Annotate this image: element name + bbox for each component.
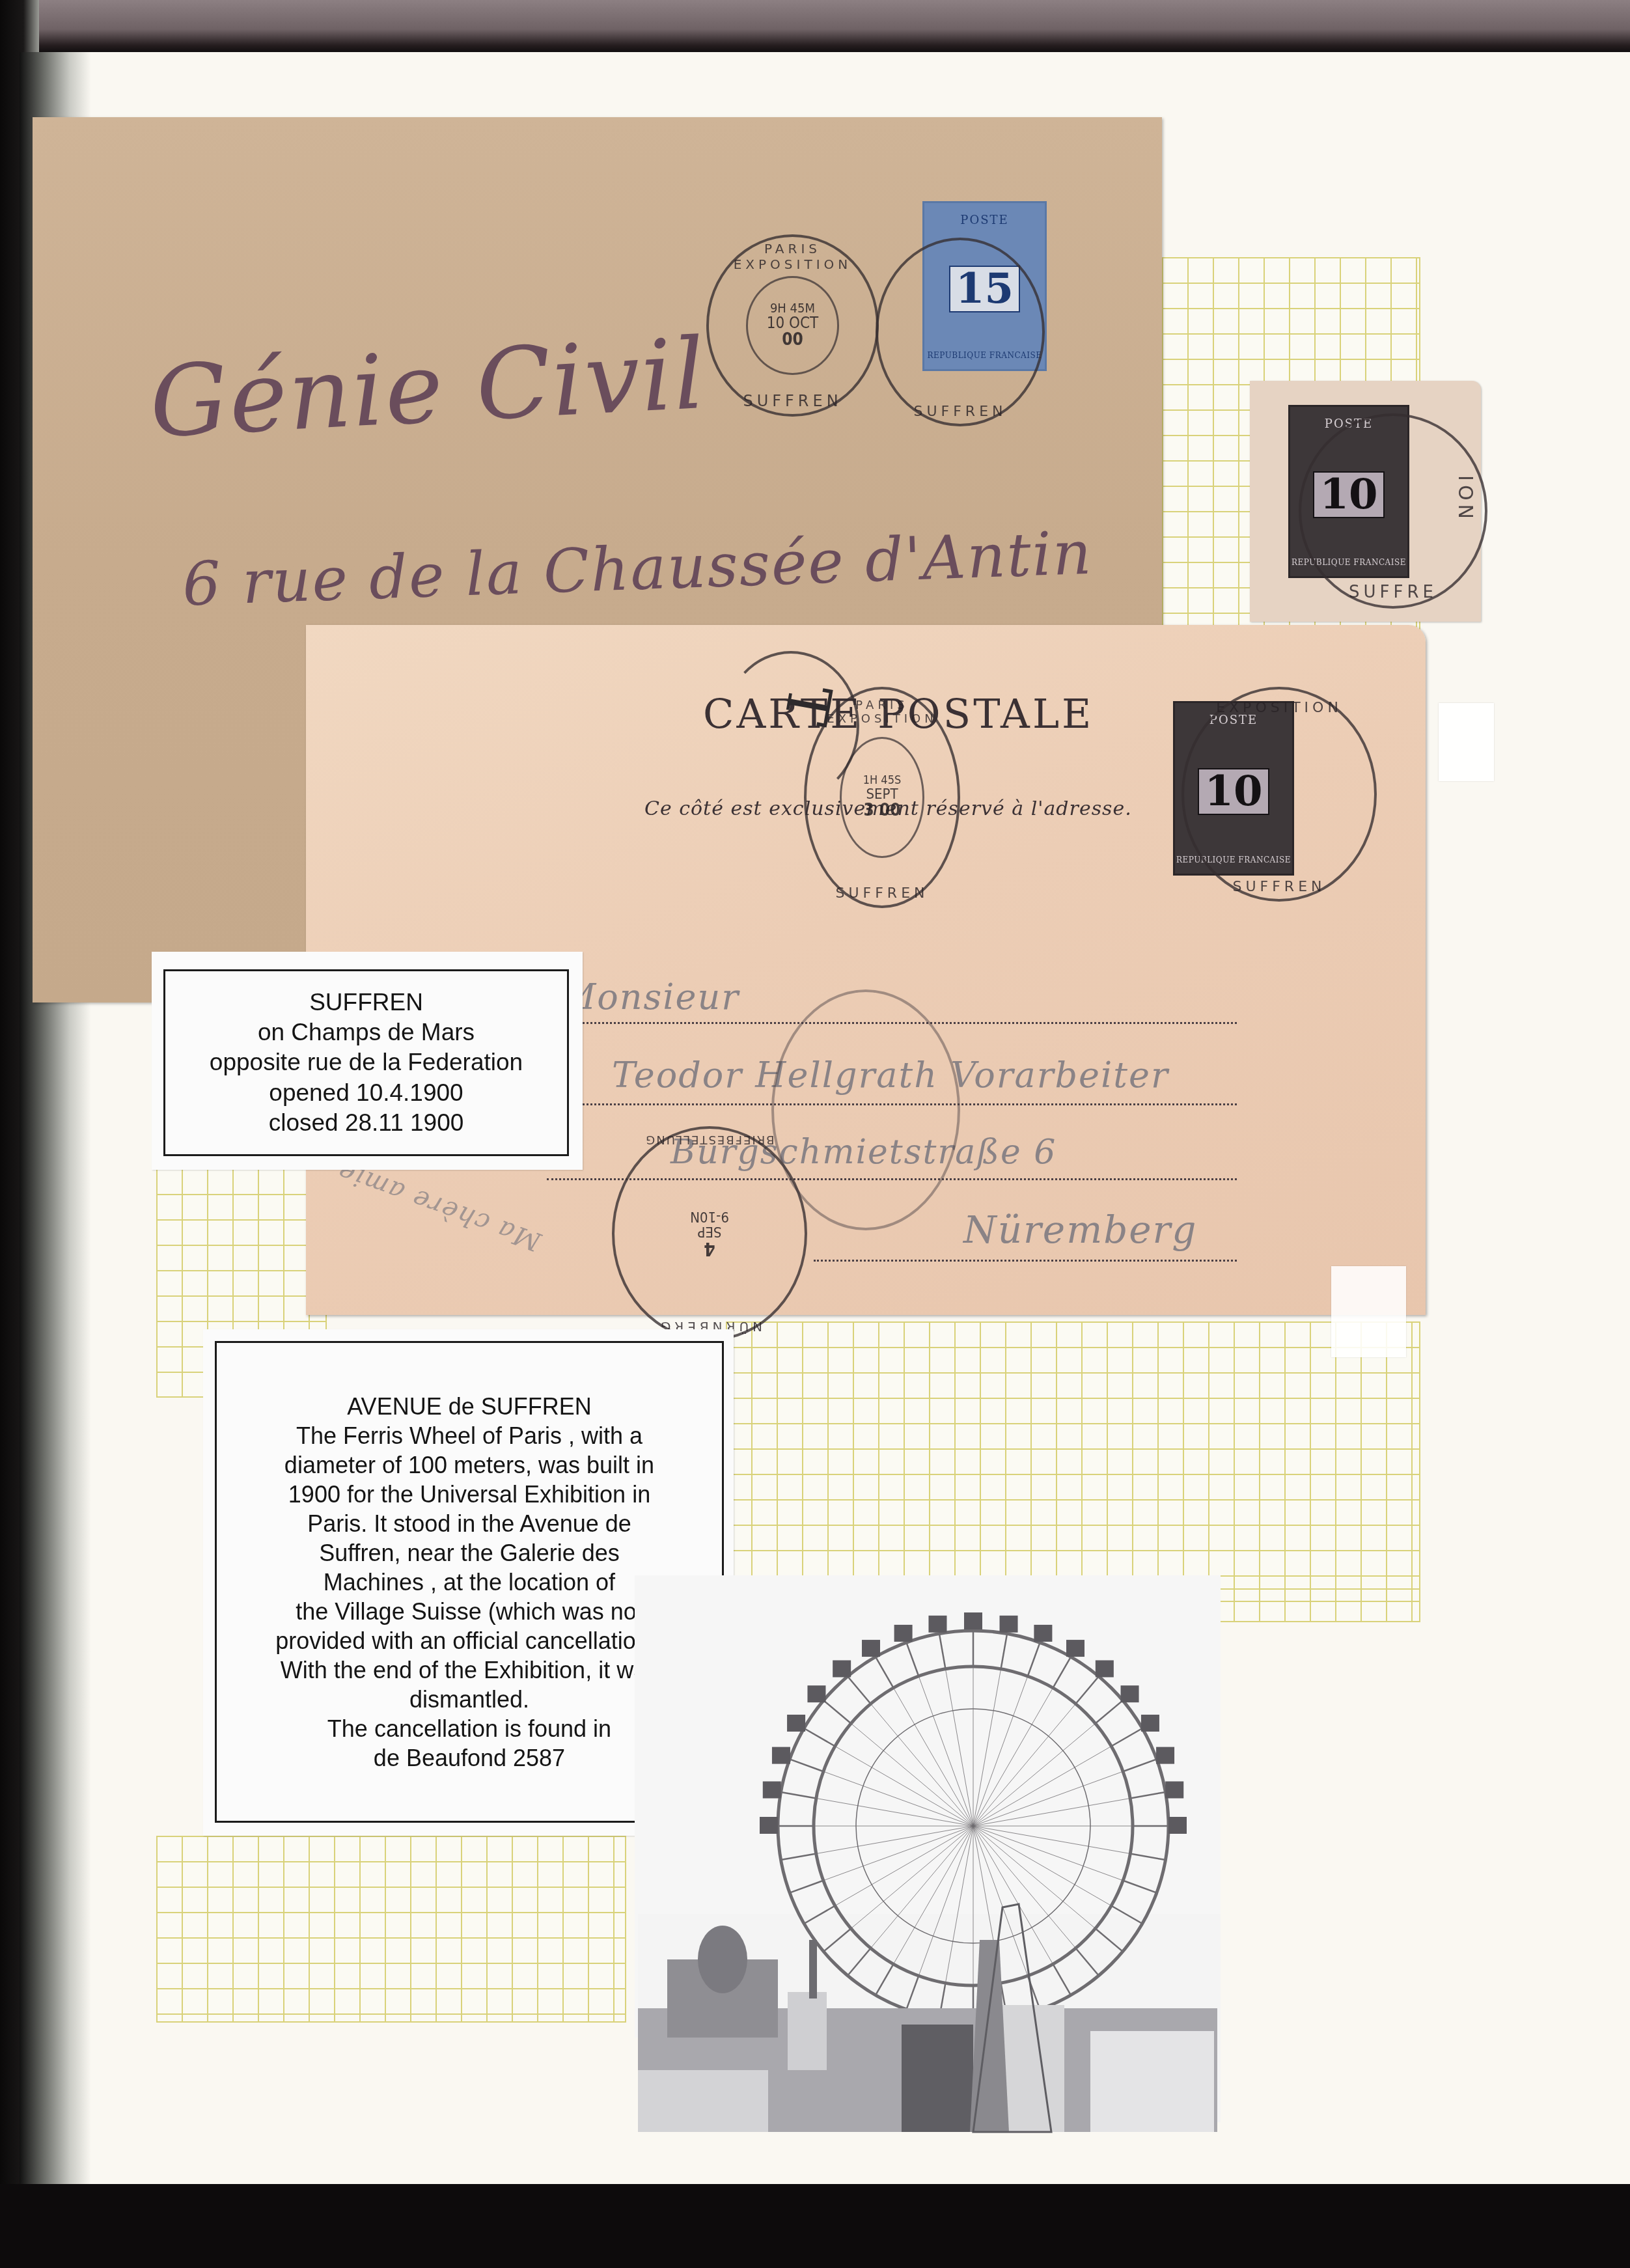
label-avenue-line: Paris. It stood in the Avenue de (307, 1509, 631, 1538)
postmark-paris-exposition-suffren-2: SUFFREN (876, 238, 1045, 426)
envelope-address-line-1: Génie Civil (147, 318, 709, 460)
album-bottom-edge (0, 2184, 1630, 2268)
label-suffren-line: opened 10.4.1900 (269, 1078, 463, 1108)
stamp-poste-label: POSTE (960, 214, 1008, 227)
address-line-4 (814, 1260, 1237, 1262)
label-avenue-line: provided with an official cancellation). (275, 1626, 663, 1655)
stamp-on-piece: POSTE 10 REPUBLIQUE FRANCAISE ION SUFFRE (1250, 381, 1481, 622)
postcard-address-4: Nüremberg (963, 1208, 1197, 1252)
postcard-address-1: Monsieur (560, 976, 739, 1017)
grid-area-right-lower (726, 1321, 1420, 1590)
ferris-wheel-photo (635, 1575, 1221, 2135)
photo-corner-mount (1439, 703, 1494, 781)
label-avenue-line: The cancellation is found in (327, 1714, 611, 1743)
label-avenue-line: dismantled. (409, 1685, 529, 1714)
label-avenue-line: AVENUE de SUFFREN (347, 1392, 591, 1421)
album-top-edge (0, 0, 1630, 53)
postmark-transit-faint (771, 989, 960, 1230)
postmark-paris-exposition-suffren-sept: PARIS EXPOSITION 1H 45S SEPT 3 00 SUFFRE… (804, 687, 960, 908)
postmark-paris-exposition-suffren: PARIS EXPOSITION 9H 45M 10 OCT 00 SUFFRE… (706, 234, 879, 417)
photo-corner-mount (1331, 1266, 1406, 1357)
label-suffren: SUFFREN on Champs de Mars opposite rue d… (163, 969, 569, 1156)
label-avenue-line: With the end of the Exhibition, it was (281, 1655, 658, 1685)
envelope-address-line-2: 6 rue de la Chaussée d'Antin (182, 518, 1094, 620)
label-avenue-line: diameter of 100 meters, was built in (284, 1450, 654, 1480)
label-avenue-line: Machines , at the location of (324, 1568, 615, 1597)
label-suffren-line: on Champs de Mars (258, 1017, 475, 1047)
postmark-partial-suffren: ION SUFFRE (1299, 413, 1487, 609)
label-avenue-line: Suffren, near the Galerie des (319, 1538, 620, 1568)
postcard-pencil-note: Ma chère amie (333, 1155, 545, 1257)
grid-area-left-lower (156, 1836, 626, 2023)
label-avenue-line: 1900 for the Universal Exhibition in (288, 1480, 650, 1509)
label-suffren-line: SUFFREN (309, 988, 423, 1017)
label-suffren-line: opposite rue de la Federation (210, 1047, 523, 1077)
postmark-exposition-suffren-on-stamp: EXPOSITION SUFFREN (1181, 687, 1377, 902)
label-suffren-line: closed 28.11 1900 (269, 1108, 464, 1138)
label-avenue-line: The Ferris Wheel of Paris , with a (296, 1421, 642, 1450)
label-avenue-line: de Beaufond 2587 (374, 1743, 565, 1773)
postmark-nurnberg-arrival: NÜRNBERG 4 SEP 9-10N BRIEFBESTELLUNG (612, 1126, 807, 1341)
label-avenue-line: the Village Suisse (which was not (296, 1597, 643, 1626)
